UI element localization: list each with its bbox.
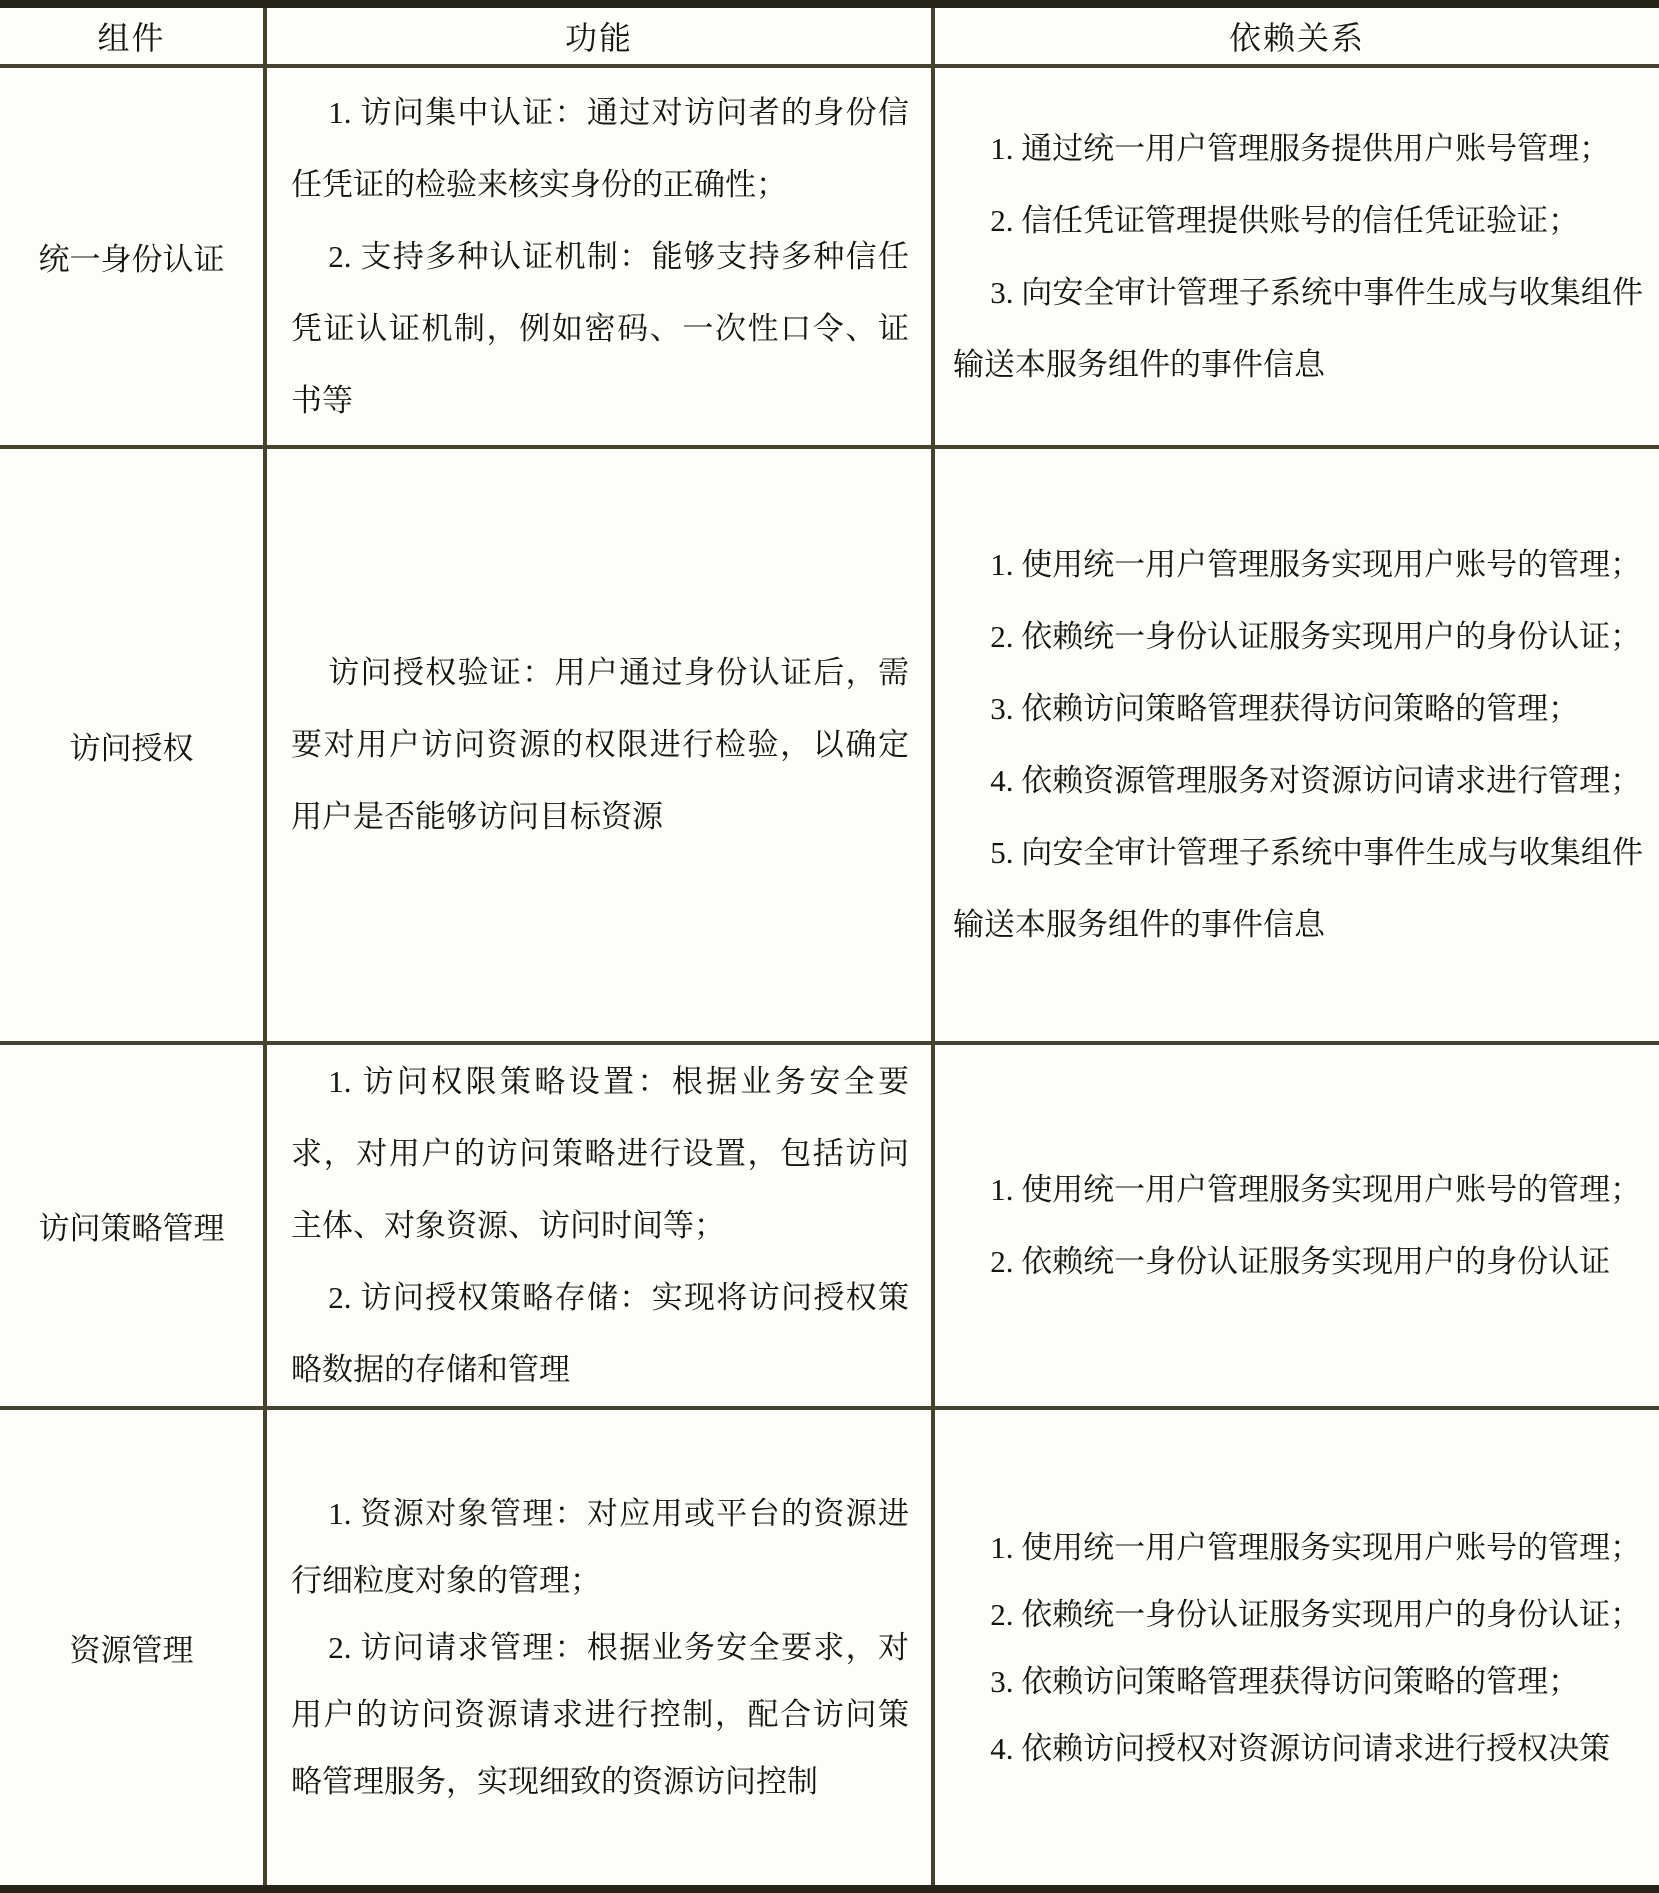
dependency-paragraph: 1. 使用统一用户管理服务实现用户账号的管理； [953,1514,1643,1581]
function-paragraph: 访问授权验证：用户通过身份认证后，需要对用户访问资源的权限进行检验，以确定用户是… [291,637,909,853]
header-label-function: 功能 [565,13,633,59]
function-paragraph: 2. 访问授权策略存储：实现将访问授权策略数据的存储和管理 [291,1262,909,1406]
row-unified-identity-dependencies-cell: 1. 通过统一用户管理服务提供用户账号管理；2. 信任凭证管理提供账号的信任凭证… [935,68,1659,449]
function-paragraph: 1. 资源对象管理：对应用或平台的资源进行细粒度对象的管理； [291,1480,909,1614]
dependency-paragraph: 3. 依赖访问策略管理获得访问策略的管理； [953,1648,1643,1715]
function-paragraph: 1. 访问权限策略设置：根据业务安全要求，对用户的访问策略进行设置，包括访问主体… [291,1046,909,1262]
header-cell-dependency: 依赖关系 [935,8,1659,68]
dependency-paragraph: 3. 依赖访问策略管理获得访问策略的管理； [953,673,1643,745]
dependency-paragraph: 1. 使用统一用户管理服务实现用户账号的管理； [953,529,1643,601]
row-unified-identity-component-cell: 统一身份认证 [0,68,267,449]
dependency-paragraph: 5. 向安全审计管理子系统中事件生成与收集组件输送本服务组件的事件信息 [953,817,1643,961]
dependency-paragraph: 1. 使用统一用户管理服务实现用户账号的管理； [953,1154,1643,1226]
row-access-policy-functions-cell: 1. 访问权限策略设置：根据业务安全要求，对用户的访问策略进行设置，包括访问主体… [267,1045,935,1410]
row-access-policy-component-cell: 访问策略管理 [0,1045,267,1410]
component-name: 访问策略管理 [39,1203,225,1248]
function-paragraph: 2. 支持多种认证机制：能够支持多种信任凭证认证机制，例如密码、一次性口令、证书… [291,221,909,437]
row-access-authorization-component-cell: 访问授权 [0,449,267,1045]
header-cell-function: 功能 [267,8,935,68]
function-paragraph: 1. 访问集中认证：通过对访问者的身份信任凭证的检验来核实身份的正确性； [291,77,909,221]
dependency-paragraph: 2. 依赖统一身份认证服务实现用户的身份认证； [953,601,1643,673]
dependency-paragraph: 4. 依赖资源管理服务对资源访问请求进行管理； [953,745,1643,817]
header-cell-component: 组件 [0,8,267,68]
row-unified-identity-functions-cell: 1. 访问集中认证：通过对访问者的身份信任凭证的检验来核实身份的正确性；2. 支… [267,68,935,449]
component-name: 资源管理 [70,1625,194,1670]
dependency-paragraph: 2. 依赖统一身份认证服务实现用户的身份认证； [953,1581,1643,1648]
dependency-paragraph: 1. 通过统一用户管理服务提供用户账号管理； [953,113,1643,185]
dependency-paragraph: 2. 依赖统一身份认证服务实现用户的身份认证 [953,1226,1643,1298]
row-resource-management-component-cell: 资源管理 [0,1410,267,1885]
row-resource-management-functions-cell: 1. 资源对象管理：对应用或平台的资源进行细粒度对象的管理；2. 访问请求管理：… [267,1410,935,1885]
row-access-authorization-functions-cell: 访问授权验证：用户通过身份认证后，需要对用户访问资源的权限进行检验，以确定用户是… [267,449,935,1045]
dependency-paragraph: 3. 向安全审计管理子系统中事件生成与收集组件输送本服务组件的事件信息 [953,257,1643,401]
function-paragraph: 2. 访问请求管理：根据业务安全要求，对用户的访问资源请求进行控制，配合访问策略… [291,1614,909,1815]
row-resource-management-dependencies-cell: 1. 使用统一用户管理服务实现用户账号的管理；2. 依赖统一身份认证服务实现用户… [935,1410,1659,1885]
dependency-paragraph: 2. 信任凭证管理提供账号的信任凭证验证； [953,185,1643,257]
header-label-component: 组件 [97,13,165,59]
row-access-authorization-dependencies-cell: 1. 使用统一用户管理服务实现用户账号的管理；2. 依赖统一身份认证服务实现用户… [935,449,1659,1045]
dependency-paragraph: 4. 依赖访问授权对资源访问请求进行授权决策 [953,1715,1643,1782]
component-name: 统一身份认证 [39,234,225,279]
component-function-dependency-table: 组件 功能 依赖关系 统一身份认证 1. 访问集中认证：通过对访问者的身份信任凭… [0,0,1659,1893]
row-access-policy-dependencies-cell: 1. 使用统一用户管理服务实现用户账号的管理；2. 依赖统一身份认证服务实现用户… [935,1045,1659,1410]
component-name: 访问授权 [70,723,194,768]
header-label-dependency: 依赖关系 [1229,13,1365,59]
